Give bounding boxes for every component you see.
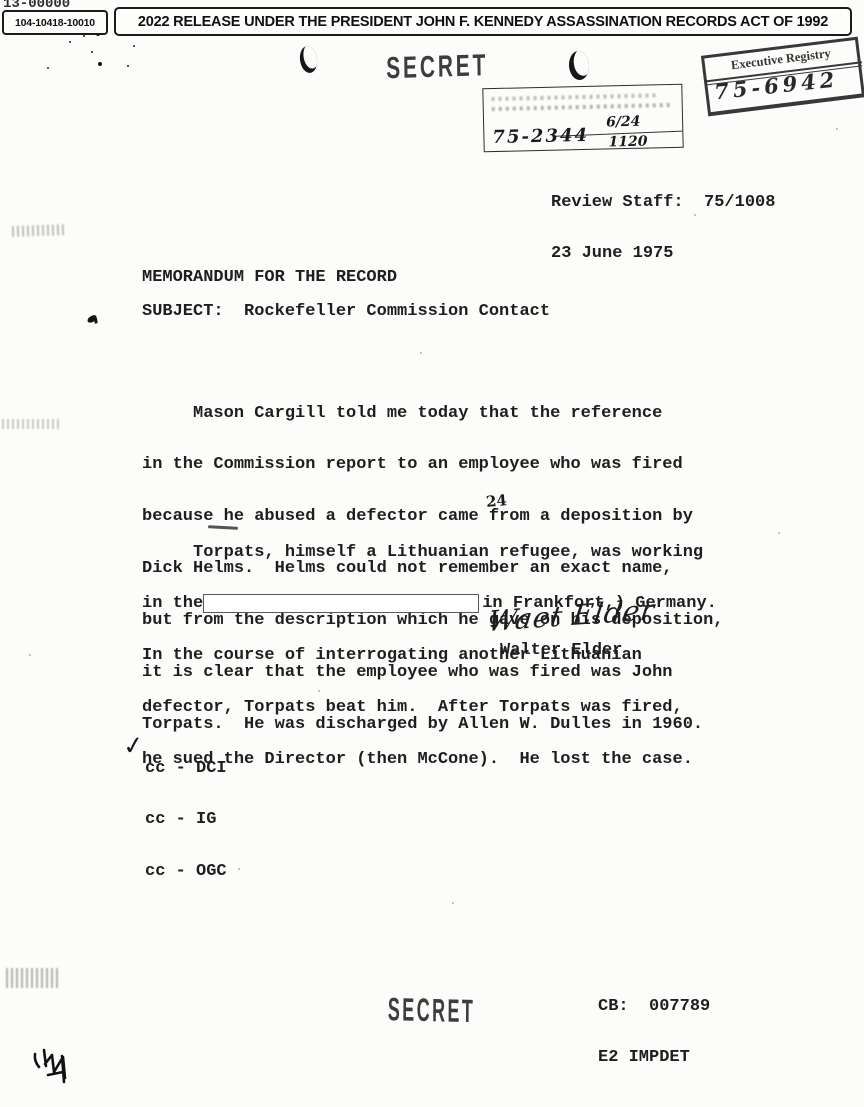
signature-typed: Walter Elder [500, 642, 622, 659]
crescent-mark [298, 45, 319, 74]
document-page: 13-00000 104-10418-10010 2022 RELEASE UN… [0, 0, 864, 1107]
record-number-box: 104-10418-10010 [2, 10, 108, 35]
redaction-box [203, 594, 479, 613]
margin-smudge [2, 419, 62, 429]
routing-number-handwriting: 75-2344 [492, 125, 589, 148]
review-staff-line: Review Staff: 75/1008 [551, 194, 775, 211]
memo-heading: MEMORANDUM FOR THE RECORD [142, 269, 397, 286]
routing-time-handwriting: 1120 [608, 134, 647, 151]
body-line: In the course of interrogating another L… [142, 647, 717, 664]
margin-smudge [6, 968, 58, 988]
scan-speck [29, 654, 31, 656]
secret-stamp-top: SECRET [386, 49, 488, 87]
footer-block: CB: 007789 E2 IMPDET [598, 963, 710, 1101]
crescent-mark [568, 50, 590, 80]
body-text: in the [142, 595, 203, 612]
paragraph-2: Torpats, himself a Lithuanian refugee, w… [142, 509, 717, 803]
cc-item: cc - DCI [145, 760, 227, 777]
illegible-stamp-line [492, 103, 670, 111]
handwritten-initials [28, 1042, 80, 1092]
cc-list: cc - DCI cc - IG cc - OGC [145, 725, 227, 915]
secret-stamp-bottom: SECRET [388, 992, 476, 1031]
cc-item: cc - OGC [145, 863, 227, 880]
routing-date-handwriting: 6/24 [606, 114, 641, 131]
release-banner: 2022 RELEASE UNDER THE PRESIDENT JOHN F.… [114, 7, 852, 36]
scan-speck [694, 214, 696, 216]
e2-line: E2 IMPDET [598, 1049, 710, 1066]
body-line: Mason Cargill told me today that the ref… [142, 405, 724, 422]
scan-speck [836, 128, 838, 130]
scan-speck [318, 690, 320, 692]
body-line: Torpats, himself a Lithuanian refugee, w… [142, 544, 717, 561]
cc-item: cc - IG [145, 811, 227, 828]
margin-smudge [12, 224, 66, 237]
cb-line: CB: 007789 [598, 998, 710, 1015]
review-staff-block: Review Staff: 75/1008 23 June 1975 [551, 159, 775, 297]
body-line: defector, Torpats beat him. After Torpat… [142, 699, 717, 716]
scan-speck [238, 868, 240, 870]
illegible-stamp-line [492, 93, 660, 101]
date-line: 23 June 1975 [551, 245, 775, 262]
ink-tick-mark [86, 314, 98, 324]
body-line: he sued the Director (then McCone). He l… [142, 751, 717, 768]
routing-stamp-box: 6/24 75-2344 1120 [482, 84, 683, 153]
body-line: in the Commission report to an employee … [142, 456, 724, 473]
marginal-annotation-24: 24 [485, 491, 507, 511]
subject-line: SUBJECT: Rockefeller Commission Contact [142, 303, 550, 320]
scan-speck [778, 532, 780, 534]
scan-speck [452, 902, 454, 904]
scan-speck [420, 352, 422, 354]
executive-registry-stamp: Executive Registry 75-6942 [701, 37, 864, 117]
checkmark-annotation: ✓ [121, 730, 146, 762]
